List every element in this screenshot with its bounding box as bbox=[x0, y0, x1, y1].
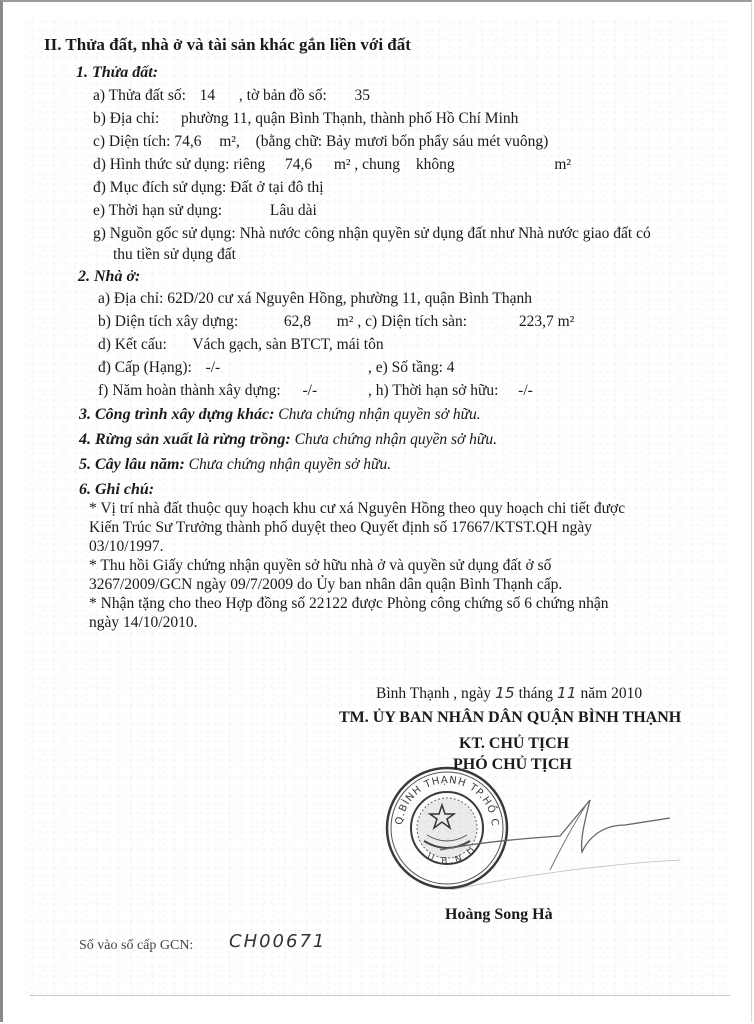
forest-heading: 4. Rừng sản xuất là rừng trồng: bbox=[79, 431, 291, 448]
private-area: 74,6 bbox=[285, 156, 312, 173]
other-works-value: Chưa chứng nhận quyền sở hữu. bbox=[278, 406, 480, 423]
land-use-form-row: d) Hình thức sử dụng: riêng 74,6 m² , ch… bbox=[93, 156, 571, 174]
registry-number: CH00671 bbox=[229, 931, 326, 952]
land-area-row: c) Diện tích: 74,6 m², (bằng chữ: Bảy mư… bbox=[93, 133, 548, 151]
section-title: II. Thửa đất, nhà ở và tài sản khác gắn … bbox=[44, 35, 411, 55]
forest-row: 4. Rừng sản xuất là rừng trồng: Chưa chứ… bbox=[79, 431, 497, 449]
address-label: b) Địa chỉ: bbox=[93, 110, 159, 127]
issue-date: Bình Thạnh , ngày 15 tháng 11 năm 2010 bbox=[376, 684, 642, 703]
bottom-divider bbox=[30, 995, 730, 996]
origin-value-1: Nhà nước công nhận quyền sử dụng đất như… bbox=[240, 225, 651, 242]
structure-value: Vách gạch, sàn BTCT, mái tôn bbox=[192, 336, 383, 353]
term-label: e) Thời hạn sử dụng: bbox=[93, 202, 222, 219]
land-heading: 1. Thửa đất: bbox=[76, 64, 158, 82]
origin-label: g) Nguồn gốc sử dụng: bbox=[93, 225, 236, 242]
issuing-org: TM. ỦY BAN NHÂN DÂN QUẬN BÌNH THẠNH bbox=[339, 709, 681, 727]
house-heading: 2. Nhà ở: bbox=[78, 268, 140, 286]
ownership-term-label: , h) Thời hạn sở hữu: bbox=[368, 382, 498, 399]
forest-value: Chưa chứng nhận quyền sở hữu. bbox=[295, 431, 497, 448]
floors-value: 4 bbox=[447, 359, 455, 376]
year-label: f) Năm hoàn thành xây dựng: bbox=[98, 382, 281, 399]
area-unit: m², bbox=[219, 133, 240, 150]
issue-place: Bình Thạnh bbox=[376, 685, 449, 702]
floors-row: , e) Số tầng: 4 bbox=[368, 359, 455, 377]
shared-unit: m² bbox=[554, 156, 571, 173]
land-address-row: b) Địa chỉ: phường 11, quận Bình Thạnh, … bbox=[93, 110, 518, 128]
note-line: * Nhận tặng cho theo Hợp đồng số 22122 đ… bbox=[89, 595, 608, 613]
issue-day: 15 bbox=[495, 684, 515, 702]
house-year-row: f) Năm hoàn thành xây dựng: -/- bbox=[98, 382, 317, 400]
term-value: Lâu dài bbox=[270, 202, 317, 219]
issue-month: 11 bbox=[557, 684, 577, 702]
note-line: 3267/2009/GCN ngày 09/7/2009 do Ủy ban n… bbox=[89, 576, 562, 594]
private-unit: m² , chung bbox=[334, 156, 400, 173]
house-structure-row: d) Kết cấu: Vách gạch, sàn BTCT, mái tôn bbox=[98, 336, 384, 354]
build-area-value: 62,8 bbox=[284, 313, 311, 330]
area-label: c) Diện tích: bbox=[93, 133, 170, 150]
grade-value: -/- bbox=[206, 359, 221, 376]
land-plot-row: a) Thửa đất số: 14 , tờ bản đồ số: 35 bbox=[93, 87, 370, 105]
grade-label: đ) Cấp (Hạng): bbox=[98, 359, 192, 376]
land-term-row: e) Thời hạn sử dụng: Lâu dài bbox=[93, 202, 317, 220]
other-works-heading: 3. Công trình xây dựng khác: bbox=[79, 406, 274, 423]
structure-label: d) Kết cấu: bbox=[98, 336, 167, 353]
plot-number: 14 bbox=[200, 87, 216, 104]
handwritten-signature-icon bbox=[410, 780, 690, 890]
area-value: 74,6 bbox=[174, 133, 201, 150]
perennial-value: Chưa chứng nhận quyền sở hữu. bbox=[189, 456, 391, 473]
note-line: Kiến Trúc Sư Trưởng thành phố duyệt theo… bbox=[89, 519, 592, 537]
other-works-row: 3. Công trình xây dựng khác: Chưa chứng … bbox=[79, 406, 481, 424]
build-area-label: b) Diện tích xây dựng: bbox=[98, 313, 238, 330]
use-form-label: d) Hình thức sử dụng: riêng bbox=[93, 156, 265, 173]
origin-value-2: thu tiền sử dụng đất bbox=[113, 246, 236, 264]
map-number: 35 bbox=[355, 87, 371, 104]
day-label: , ngày bbox=[453, 685, 491, 702]
shared-area: không bbox=[416, 156, 455, 173]
land-origin-row: g) Nguồn gốc sử dụng: Nhà nước công nhận… bbox=[93, 225, 651, 243]
floors-label: , e) Số tầng: bbox=[368, 359, 443, 376]
registry-label: Số vào sổ cấp GCN: bbox=[79, 938, 193, 954]
ownership-term-value: -/- bbox=[518, 382, 533, 399]
floor-area-label: m² , c) Diện tích sàn: bbox=[337, 313, 467, 330]
perennial-heading: 5. Cây lâu năm: bbox=[79, 456, 185, 473]
house-address: a) Địa chỉ: 62D/20 cư xá Nguyên Hồng, ph… bbox=[98, 290, 532, 308]
ownership-term-row: , h) Thời hạn sở hữu: -/- bbox=[368, 382, 533, 400]
area-words: (bằng chữ: Bảy mươi bốn phẩy sáu mét vuô… bbox=[256, 133, 549, 150]
month-label: tháng bbox=[519, 685, 553, 702]
house-area-row: b) Diện tích xây dựng: 62,8 m² , c) Diện… bbox=[98, 313, 574, 331]
perennial-row: 5. Cây lâu năm: Chưa chứng nhận quyền sở… bbox=[79, 456, 391, 474]
signer-role-1: KT. CHỦ TỊCH bbox=[459, 735, 569, 753]
note-line: * Vị trí nhà đất thuộc quy hoạch khu cư … bbox=[89, 500, 625, 518]
plot-label: a) Thửa đất số: bbox=[93, 87, 186, 104]
land-purpose-row: đ) Mục đích sử dụng: Đất ở tại đô thị bbox=[93, 179, 324, 197]
note-line: * Thu hồi Giấy chứng nhận quyền sở hữu n… bbox=[89, 557, 551, 575]
map-label: , tờ bản đồ số: bbox=[239, 87, 327, 104]
address-value: phường 11, quận Bình Thạnh, thành phố Hồ… bbox=[181, 110, 518, 127]
note-line: ngày 14/10/2010. bbox=[89, 614, 198, 632]
house-grade-row: đ) Cấp (Hạng): -/- bbox=[98, 359, 220, 377]
note-line: 03/10/1997. bbox=[89, 538, 164, 556]
purpose-value: Đất ở tại đô thị bbox=[230, 179, 323, 196]
signer-name: Hoàng Song Hà bbox=[445, 906, 553, 924]
notes-heading: 6. Ghi chú: bbox=[79, 481, 154, 499]
signer-role-2: PHÓ CHỦ TỊCH bbox=[453, 756, 572, 774]
purpose-label: đ) Mục đích sử dụng: bbox=[93, 179, 226, 196]
year-label: năm 2010 bbox=[581, 685, 643, 702]
floor-area-value: 223,7 m² bbox=[519, 313, 574, 330]
year-value: -/- bbox=[302, 382, 317, 399]
